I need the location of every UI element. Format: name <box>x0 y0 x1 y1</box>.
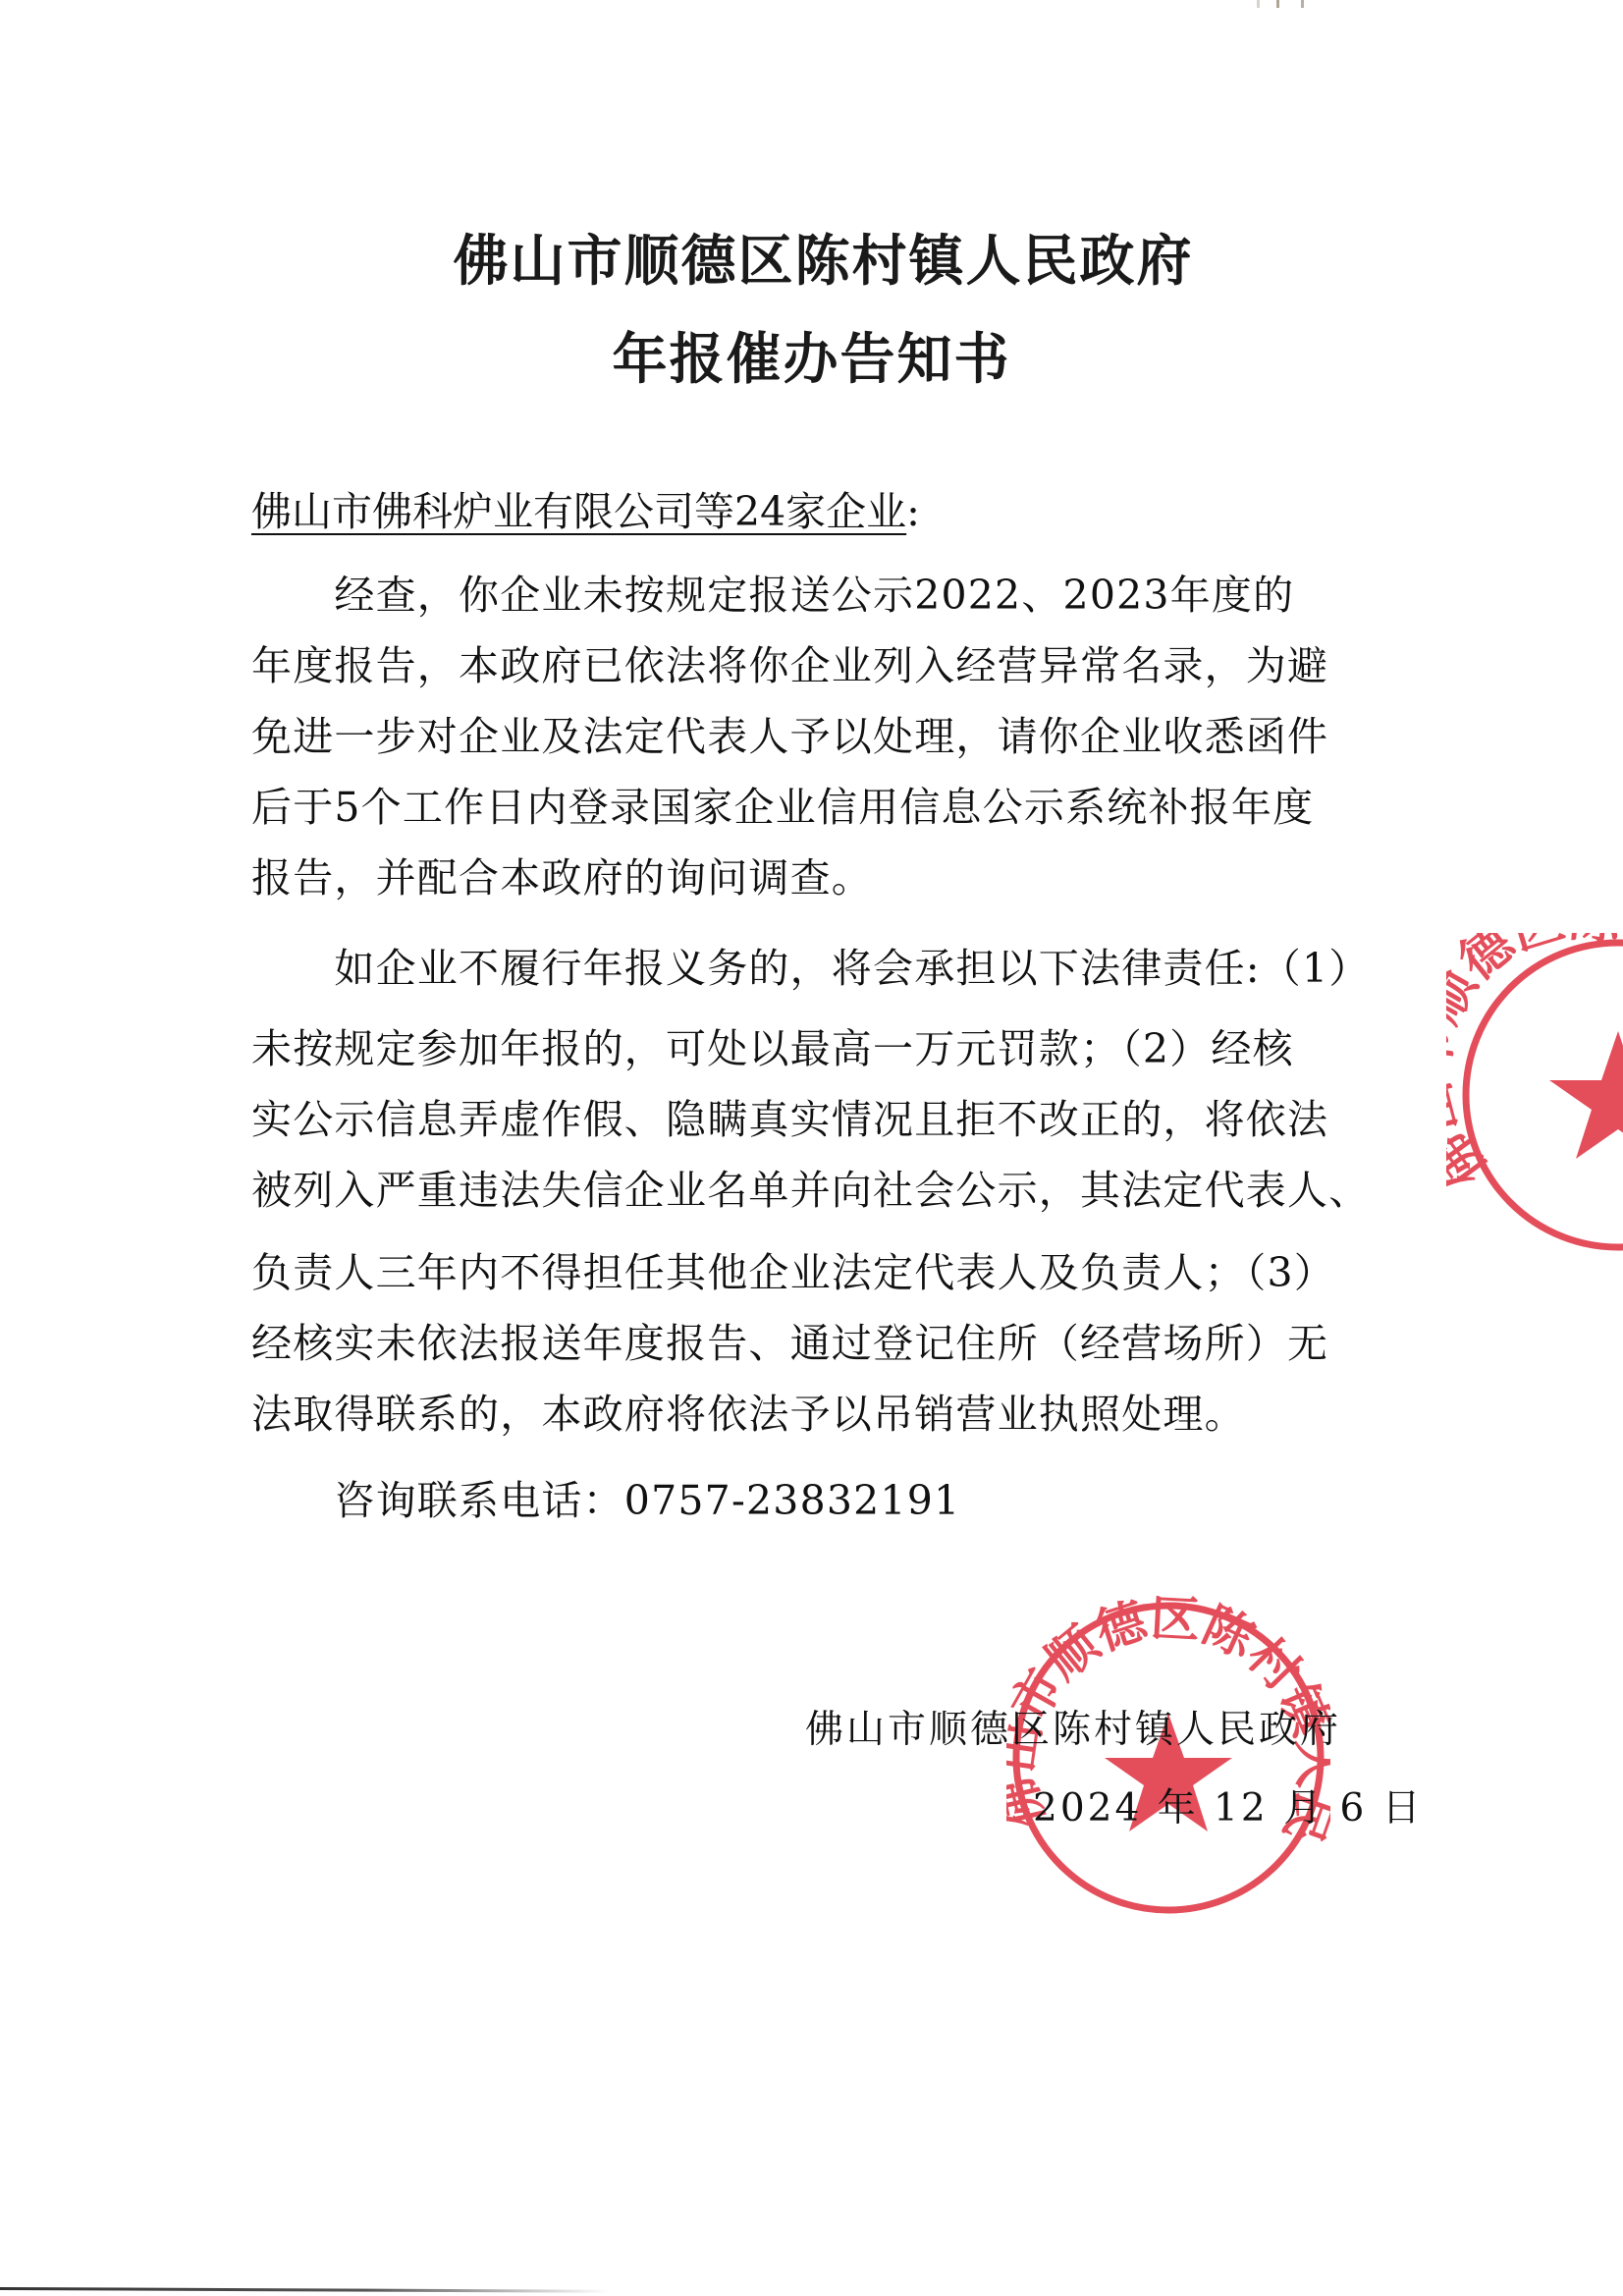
addressee-colon: : <box>906 488 920 535</box>
addressee: 佛山市佛科炉业有限公司等24家企业: <box>251 484 920 539</box>
svg-text:佛山市顺德区陈村镇人民政府: 佛山市顺德区陈村镇人民政府 <box>1446 933 1623 1197</box>
addressee-name: 佛山市佛科炉业有限公司等24家企业 <box>251 488 906 535</box>
contact-phone-line: 咨询联系电话：0757-23832191 <box>251 1473 1380 1528</box>
document-page: 佛山市顺德区陈村镇人民政府 年报催办告知书 佛山市佛科炉业有限公司等24家企业:… <box>0 0 1623 2296</box>
issue-date: 2024 年 12 月 6 日 <box>1033 1783 1424 1834</box>
paragraph1-line: 免进一步对企业及法定代表人予以处理，请你企业收悉函件 <box>251 709 1380 764</box>
scan-artifact-bottom-line <box>0 2287 609 2293</box>
document-title-line1: 佛山市顺德区陈村镇人民政府 <box>12 218 1623 297</box>
issuer-signature: 佛山市顺德区陈村镇人民政府 <box>805 1705 1341 1756</box>
paragraph2-line: 未按规定参加年报的，可处以最高一万元罚款；（2）经核 <box>251 1021 1380 1076</box>
document-title-line2: 年报催办告知书 <box>0 316 1623 395</box>
paragraph2-line: 如企业不履行年报义务的，将会承担以下法律责任:（1） <box>251 941 1380 996</box>
paragraph2-line: 实公示信息弄虚作假、隐瞒真实情况且拒不改正的，将依法 <box>251 1092 1380 1147</box>
paragraph1-line: 后于5个工作日内登录国家企业信用信息公示系统补报年度 <box>251 780 1380 835</box>
scan-artifact-top <box>1257 0 1325 10</box>
paragraph1-line: 经查，你企业未按规定报送公示2022、2023年度的 <box>251 568 1380 623</box>
paragraph2-line: 经核实未依法报送年度报告、通过登记住所（经营场所）无 <box>251 1316 1380 1371</box>
official-seal-icon: 佛山市顺德区陈村镇人民政府 <box>1006 1596 1330 1920</box>
official-seal-edge-icon: 佛山市顺德区陈村镇人民政府 <box>1446 933 1623 1257</box>
paragraph1-line: 年度报告，本政府已依法将你企业列入经营异常名录，为避 <box>251 638 1380 693</box>
paragraph2-line: 被列入严重违法失信企业名单并向社会公示，其法定代表人、 <box>251 1163 1380 1218</box>
paragraph1-line: 报告，并配合本政府的询问调查。 <box>251 850 1380 905</box>
paragraph2-line: 法取得联系的，本政府将依法予以吊销营业执照处理。 <box>251 1387 1380 1442</box>
paragraph2-line: 负责人三年内不得担任其他企业法定代表人及负责人；（3） <box>251 1245 1380 1300</box>
